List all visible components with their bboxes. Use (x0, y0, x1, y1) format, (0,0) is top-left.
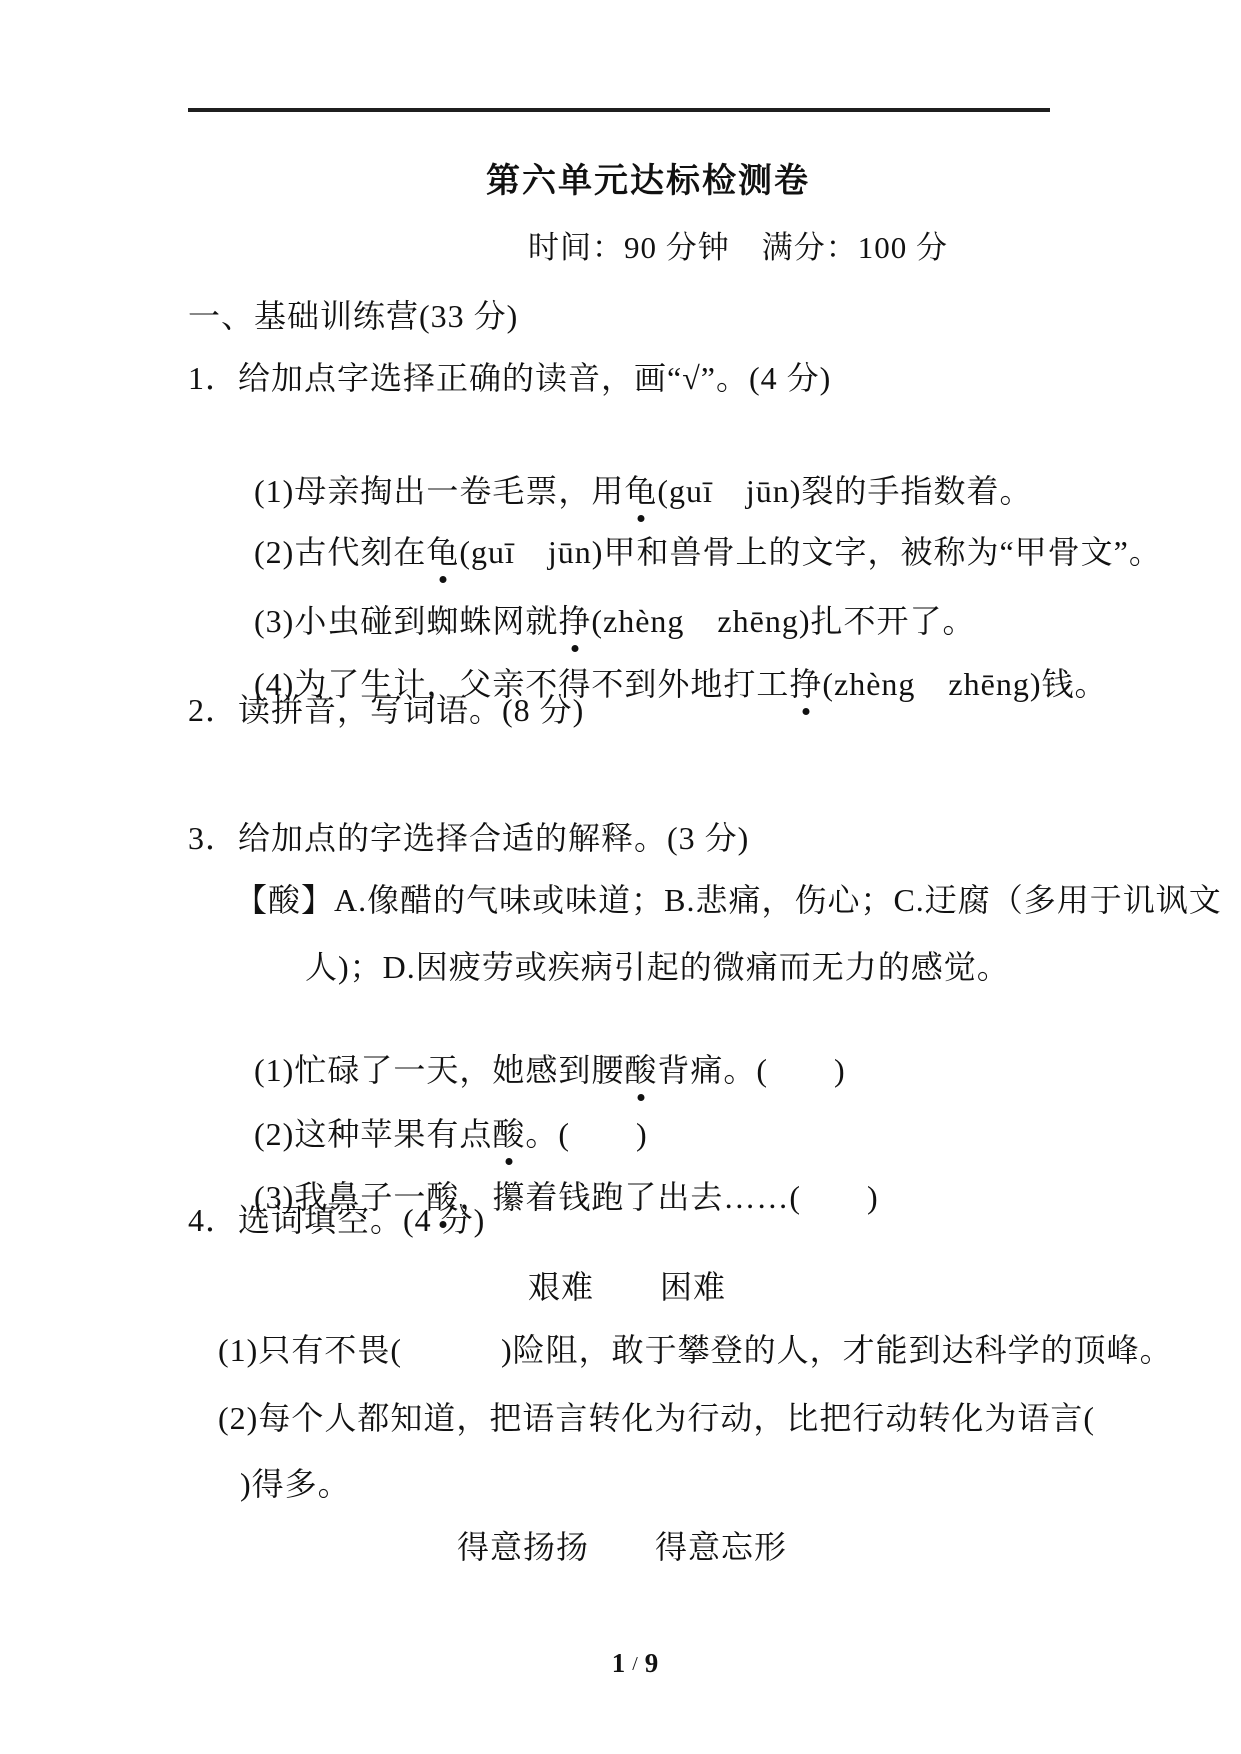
page-title: 第六单元达标检测卷 (486, 158, 810, 204)
exam-meta: 时间：90 分钟 满分：100 分 (528, 226, 948, 270)
question-4-item-1: (1)只有不畏( )险阻，敢于攀登的人，才能到达科学的顶峰。 (218, 1328, 1173, 1372)
page-footer: 1/9 (581, 1612, 660, 1715)
question-4-item-2: (2)每个人都知道，把语言转化为行动，比把行动转化为语言( (218, 1396, 1095, 1440)
item-text-post: 背痛。( ) (657, 1052, 845, 1088)
page-number-total: 9 (645, 1648, 660, 1678)
item-text-post: (zhèng zhēng)钱。 (822, 666, 1107, 702)
emphasis-dot-char: 挣 (789, 662, 822, 706)
question-3-heading: 3．给加点的字选择合适的解释。(3 分) (188, 816, 749, 860)
question-2-heading: 2．读拼音，写词语。(8 分) (188, 688, 584, 732)
question-4-word-bank-1: 艰难 困难 (528, 1265, 726, 1309)
item-text-post: ，攥着钱跑了出去……( ) (459, 1179, 878, 1215)
question-4-heading: 4．选词填空。(4 分) (188, 1198, 485, 1242)
question-3-definition-line-2: 人)；D.因疲劳或疾病引起的微痛而无力的感觉。 (305, 945, 1010, 989)
section-1-heading: 一、基础训练营(33 分) (188, 294, 518, 338)
page-number-separator: / (626, 1653, 645, 1675)
document-page: 第六单元达标检测卷 时间：90 分钟 满分：100 分 一、基础训练营(33 分… (0, 0, 1241, 1754)
page-number-current: 1 (612, 1648, 627, 1678)
question-1-heading: 1．给加点字选择正确的读音，画“√”。(4 分) (188, 356, 831, 400)
question-3-definition-line-1: 【酸】A.像醋的气味或味道；B.悲痛，伤心；C.迂腐（多用于讥讽文 (235, 878, 1222, 922)
question-4-item-2-continued: )得多。 (240, 1462, 351, 1506)
question-3-item-3: (3)我鼻子一酸，攥着钱跑了出去……( ) (218, 1131, 879, 1263)
question-4-word-bank-2: 得意扬扬 得意忘形 (457, 1525, 787, 1569)
header-rule (188, 108, 1050, 112)
